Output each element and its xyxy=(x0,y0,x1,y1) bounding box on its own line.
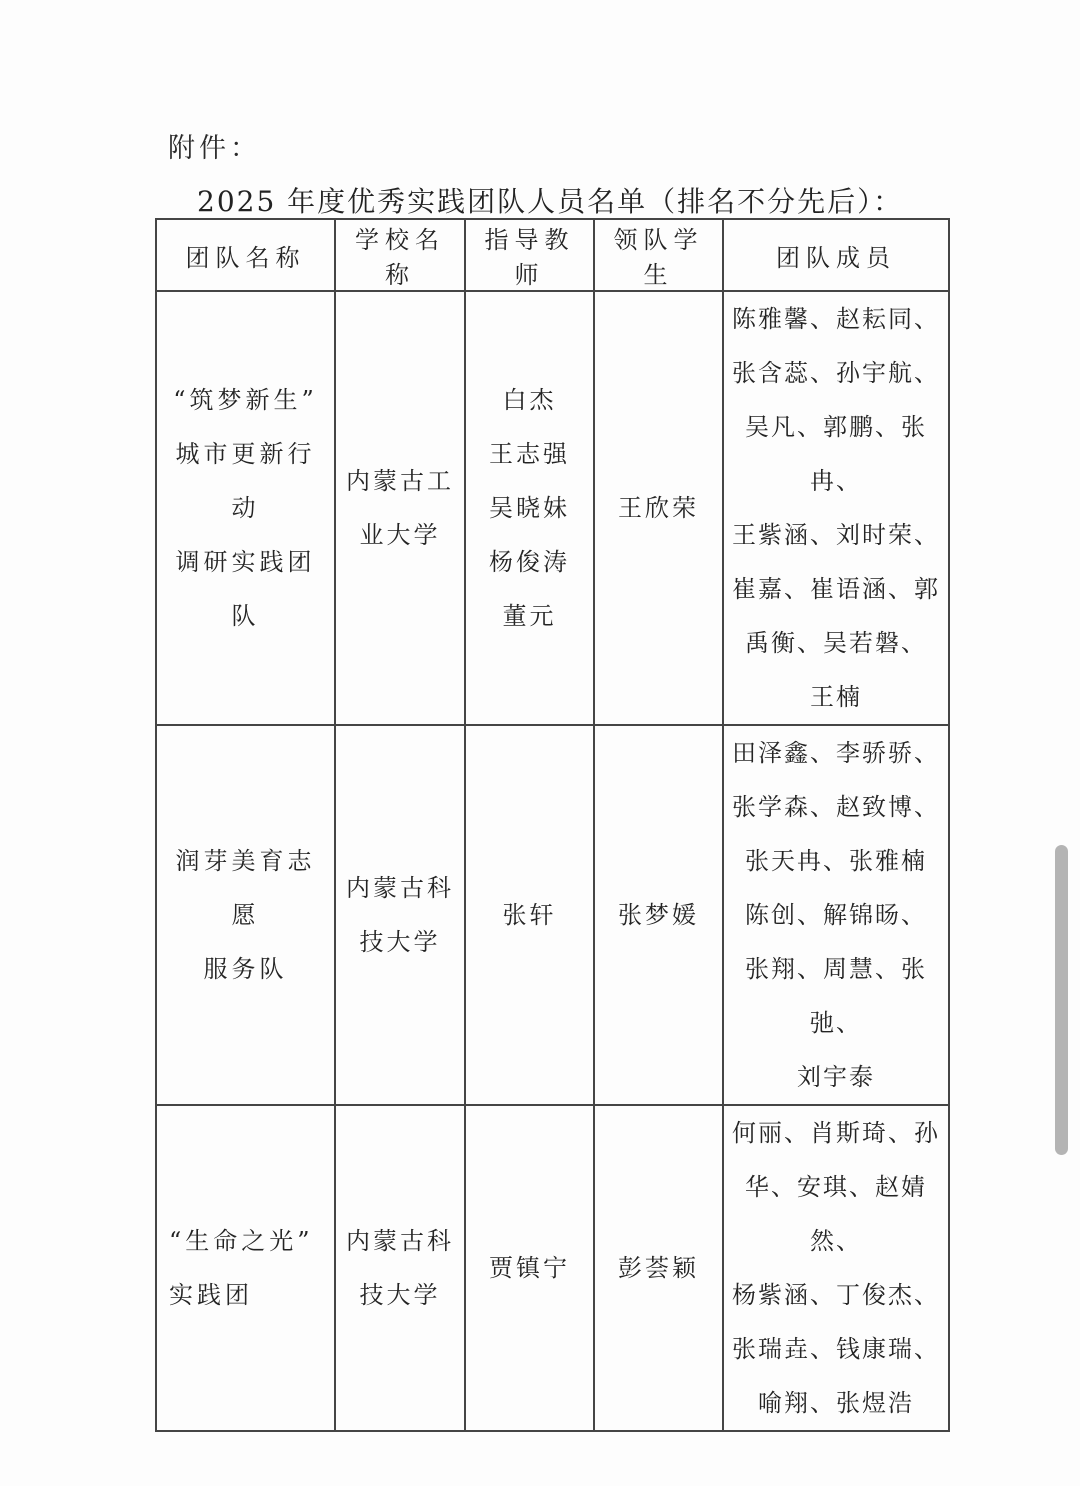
header-cell-team-name: 团队名称 xyxy=(156,219,335,291)
table-header-row: 团队名称 学校名称 指导教师 领队学生 团队成员 xyxy=(156,219,949,291)
team-name-cell: “生命之光” 实践团 xyxy=(156,1105,335,1431)
team-members-cell: 田泽鑫、李骄骄、 张学森、赵致博、 张天冉、张雅楠 陈创、解锦旸、 张翔、周慧、… xyxy=(723,725,949,1105)
document-title: 2025 年度优秀实践团队人员名单（排名不分先后）： xyxy=(197,180,903,220)
team-members-cell: 何丽、肖斯琦、孙 华、安琪、赵婧然、 杨紫涵、丁俊杰、 张瑞垚、钱康瑞、 喻翔、… xyxy=(723,1105,949,1431)
header-cell-advisors: 指导教师 xyxy=(465,219,594,291)
student-leader-cell: 彭荟颖 xyxy=(594,1105,723,1431)
header-cell-team-members: 团队成员 xyxy=(723,219,949,291)
advisors-cell: 白杰 王志强 吴晓妹 杨俊涛 董元 xyxy=(465,291,594,725)
advisors-cell: 贾镇宁 xyxy=(465,1105,594,1431)
team-name-cell: “筑梦新生” 城市更新行动 调研实践团队 xyxy=(156,291,335,725)
team-roster-table: 团队名称 学校名称 指导教师 领队学生 团队成员 “筑梦新生” 城市更新行动 调… xyxy=(155,218,950,1432)
student-leader-cell: 王欣荣 xyxy=(594,291,723,725)
advisors-cell: 张轩 xyxy=(465,725,594,1105)
team-name-cell: 润芽美育志愿 服务队 xyxy=(156,725,335,1105)
header-cell-student-leader: 领队学生 xyxy=(594,219,723,291)
table-row: “生命之光” 实践团 内蒙古科 技大学 贾镇宁 彭荟颖 何丽、肖斯琦、孙 华、安… xyxy=(156,1105,949,1431)
school-name-cell: 内蒙古科 技大学 xyxy=(335,725,465,1105)
student-leader-cell: 张梦媛 xyxy=(594,725,723,1105)
attachment-label: 附件： xyxy=(168,126,261,165)
header-cell-school-name: 学校名称 xyxy=(335,219,465,291)
school-name-cell: 内蒙古科 技大学 xyxy=(335,1105,465,1431)
document-page: 附件： 2025 年度优秀实践团队人员名单（排名不分先后）： 团队名称 学校名称… xyxy=(0,0,1080,1486)
table-row: “筑梦新生” 城市更新行动 调研实践团队 内蒙古工 业大学 白杰 王志强 吴晓妹… xyxy=(156,291,949,725)
team-members-cell: 陈雅馨、赵耘同、 张含蕊、孙宇航、 吴凡、郭鹏、张冉、 王紫涵、刘时荣、 崔嘉、… xyxy=(723,291,949,725)
table-row: 润芽美育志愿 服务队 内蒙古科 技大学 张轩 张梦媛 田泽鑫、李骄骄、 张学森、… xyxy=(156,725,949,1105)
school-name-cell: 内蒙古工 业大学 xyxy=(335,291,465,725)
vertical-scrollbar-thumb[interactable] xyxy=(1055,845,1068,1155)
